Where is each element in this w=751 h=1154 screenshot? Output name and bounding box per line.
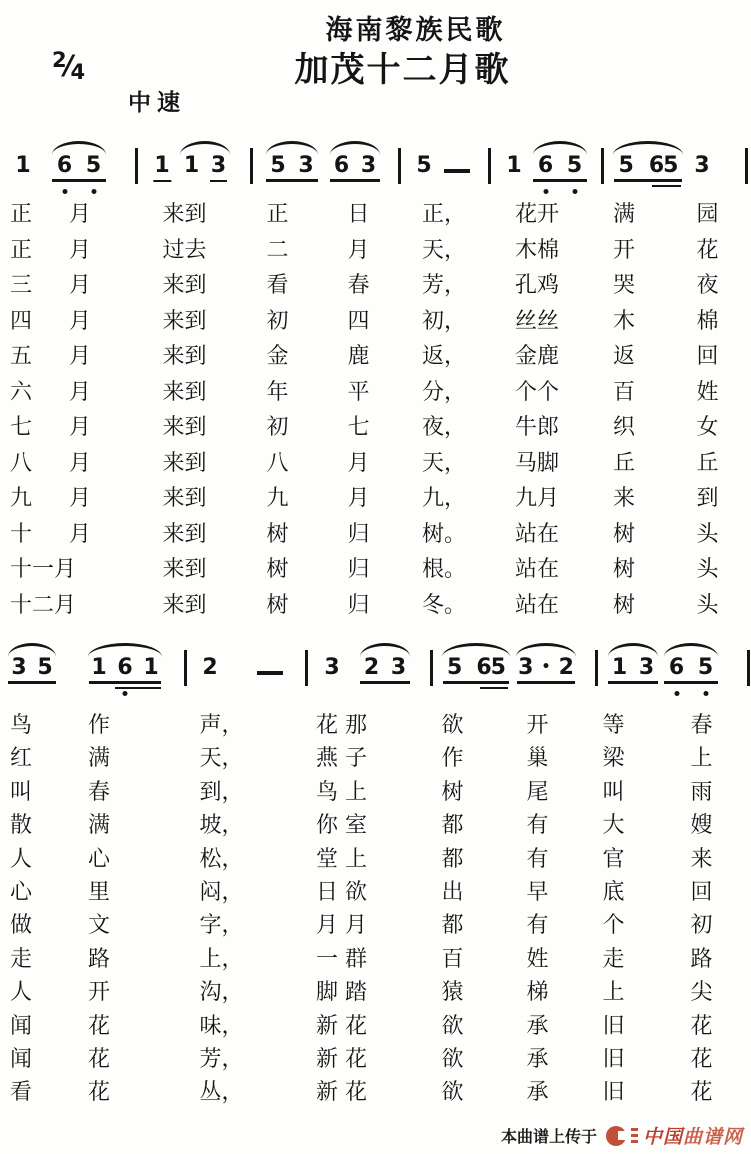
note-group-digits: 161 bbox=[86, 656, 164, 680]
lyric-cell: 姓 bbox=[664, 374, 751, 410]
note-digit: 5 bbox=[567, 154, 582, 178]
lyric-cell: 平 bbox=[319, 374, 398, 410]
barline bbox=[305, 650, 308, 686]
lyric-cell: 孔鸡 bbox=[490, 267, 584, 303]
lyric-cell: 正 bbox=[0, 232, 51, 268]
lyric-cell: 走 bbox=[575, 942, 652, 975]
barline bbox=[135, 148, 138, 184]
lyric-cell: 来到 bbox=[133, 303, 236, 339]
lyric-cell: 六 bbox=[0, 374, 51, 410]
lyric-cell: 初 bbox=[236, 303, 319, 339]
lyric-cell: 走 bbox=[0, 942, 60, 975]
lyric-cell: 哭 bbox=[584, 267, 664, 303]
lyric-cell: 个 bbox=[575, 908, 652, 941]
eighth-beam bbox=[664, 681, 717, 684]
lyric-cell: 月 bbox=[51, 516, 133, 552]
note-group-digits: 65 bbox=[662, 656, 720, 680]
note-group-digits: 65 bbox=[531, 154, 589, 178]
lyric-cell: 花 bbox=[652, 1009, 751, 1042]
lyric-cell: 棉 bbox=[664, 303, 751, 339]
barline bbox=[745, 148, 748, 184]
lyric-cell bbox=[51, 587, 133, 623]
sixteenth-beam bbox=[652, 185, 680, 188]
lyric-cell: 九月 bbox=[490, 480, 584, 516]
lyric-cell: 人 bbox=[0, 975, 60, 1008]
lyric-cell: 闻 bbox=[0, 1009, 60, 1042]
time-signature-numerator: 2 bbox=[52, 48, 67, 72]
lyrics-block-1: 正月来到正日正，花开满园正月过去二月天，木棉开花三月来到看春芳，孔鸡哭夜四月来到… bbox=[0, 196, 751, 622]
lyric-cell: 返 bbox=[584, 338, 664, 374]
tempo-marking: 中速 bbox=[128, 84, 186, 117]
eighth-beam bbox=[608, 681, 658, 684]
lyric-cell: 月 bbox=[51, 338, 133, 374]
lyric-cell: 有 bbox=[500, 842, 575, 875]
lyric-cell: 九， bbox=[398, 480, 490, 516]
lyric-cell: 树 bbox=[236, 551, 319, 587]
slur-arc bbox=[180, 141, 230, 155]
lyric-cell: 路 bbox=[652, 942, 751, 975]
lyric-cell: 花 bbox=[60, 1009, 158, 1042]
note-digit: 2 bbox=[559, 656, 574, 680]
note-digit: 6 bbox=[57, 154, 72, 178]
lyric-cell: 过去 bbox=[133, 232, 236, 268]
lyric-cell: 月 bbox=[51, 374, 133, 410]
lyric-cell: 嫂 bbox=[652, 808, 751, 841]
lyric-cell: 夜， bbox=[398, 409, 490, 445]
lyric-cell: 丛， bbox=[158, 1075, 285, 1108]
note-digit: 3 bbox=[518, 656, 533, 680]
lyric-cell: 丘 bbox=[584, 445, 664, 481]
song-title: 加茂十二月歌 bbox=[295, 42, 511, 91]
lyric-cell: 月 bbox=[319, 445, 398, 481]
lyric-cell: 正， bbox=[398, 196, 490, 232]
lyric-cell: 十二月 bbox=[0, 587, 51, 623]
lyric-cell: 树。 bbox=[398, 516, 490, 552]
lyric-cell: 鸟上 bbox=[285, 775, 405, 808]
lyric-cell: 归 bbox=[319, 587, 398, 623]
eighth-beam bbox=[52, 179, 105, 182]
lyric-cell: 到， bbox=[158, 775, 285, 808]
lyric-cell: 百 bbox=[405, 942, 500, 975]
lyric-cell: 旧 bbox=[575, 1009, 652, 1042]
lyric-cell: 欲 bbox=[405, 1042, 500, 1075]
lyric-cell: 冬。 bbox=[398, 587, 490, 623]
note-group: 53 bbox=[264, 154, 320, 178]
lyric-cell: 日 bbox=[319, 196, 398, 232]
lyric-cell: 燕子 bbox=[285, 741, 405, 774]
lyric-cell: 站在 bbox=[490, 551, 584, 587]
eighth-underline bbox=[210, 180, 226, 183]
lyric-cell: 巢 bbox=[500, 741, 575, 774]
site-name-light: 曲谱网 bbox=[683, 1127, 743, 1148]
lyric-cell: 上， bbox=[158, 942, 285, 975]
lyric-cell: 来到 bbox=[133, 267, 236, 303]
lyric-cell: 猿 bbox=[405, 975, 500, 1008]
eighth-beam bbox=[533, 179, 586, 182]
slur-arc bbox=[608, 643, 658, 657]
note-digit: 3 bbox=[639, 656, 654, 680]
lyric-cell: 春 bbox=[60, 775, 158, 808]
lyric-cell: 来到 bbox=[133, 480, 236, 516]
lyric-cell: 雨 bbox=[652, 775, 751, 808]
lyric-cell: 里 bbox=[60, 875, 158, 908]
lyric-cell: 归 bbox=[319, 551, 398, 587]
lyric-cell: 满 bbox=[60, 741, 158, 774]
lyric-cell: 看 bbox=[0, 1075, 60, 1108]
lyric-cell: 路 bbox=[60, 942, 158, 975]
eighth-beam bbox=[330, 179, 380, 182]
note-group: 13 bbox=[178, 154, 232, 178]
lyric-cell: 归 bbox=[319, 516, 398, 552]
lyric-cell: 梯 bbox=[500, 975, 575, 1008]
note-digit: 5 bbox=[270, 154, 285, 178]
low-octave-dot bbox=[91, 189, 96, 194]
note-digit: 1 bbox=[612, 656, 627, 680]
lyric-cell: 返， bbox=[398, 338, 490, 374]
lyric-cell: 有 bbox=[500, 808, 575, 841]
note-group: 23 bbox=[358, 656, 412, 680]
lyric-cell: 承 bbox=[500, 1009, 575, 1042]
note-digit: 2 bbox=[364, 656, 379, 680]
lyric-cell: 木 bbox=[584, 303, 664, 339]
lyric-cell: 月月 bbox=[285, 908, 405, 941]
lyric-cell: 五 bbox=[0, 338, 51, 374]
note-group-digits: 65 bbox=[50, 154, 108, 178]
lyric-cell: 九 bbox=[0, 480, 51, 516]
lyric-cell: 大 bbox=[575, 808, 652, 841]
note-digit: 3 bbox=[211, 154, 226, 178]
lyric-cell: 花开 bbox=[490, 196, 584, 232]
time-signature-denominator: 4 bbox=[71, 60, 86, 84]
lyric-cell: 八 bbox=[0, 445, 51, 481]
note-digit: • bbox=[542, 656, 551, 679]
note-digit: 3 bbox=[11, 656, 26, 680]
lyric-cell: 树 bbox=[584, 551, 664, 587]
lyric-cell: 开 bbox=[584, 232, 664, 268]
lyric-cell: 看 bbox=[236, 267, 319, 303]
lyric-cell: 七 bbox=[319, 409, 398, 445]
low-octave-dot bbox=[674, 691, 679, 696]
lyric-cell: 牛郎 bbox=[490, 409, 584, 445]
eighth-beam bbox=[517, 681, 576, 684]
lyric-cell: 尾 bbox=[500, 775, 575, 808]
lyrics-block-2: 鸟作声，花那欲开等春红满天，燕子作巢梁上叫春到，鸟上树尾叫雨散满坡，你室都有大嫂… bbox=[0, 708, 751, 1109]
lyric-cell: 头 bbox=[664, 587, 751, 623]
lyric-cell: 松， bbox=[158, 842, 285, 875]
footer-upload-text: 本曲谱上传于 bbox=[501, 1124, 597, 1147]
lyric-cell: 姓 bbox=[500, 942, 575, 975]
lyric-cell: 马脚 bbox=[490, 445, 584, 481]
barline bbox=[398, 148, 401, 184]
note-digit: 3 bbox=[324, 656, 339, 680]
note-digit: 5 bbox=[619, 154, 634, 178]
slur-arc bbox=[516, 643, 576, 657]
lyric-cell: 上 bbox=[652, 741, 751, 774]
lyric-cell: 早 bbox=[500, 875, 575, 908]
lyric-cell: 声， bbox=[158, 708, 285, 741]
note-group-digits: 13 bbox=[606, 656, 660, 680]
lyric-cell: 叫 bbox=[575, 775, 652, 808]
half-note-dash bbox=[257, 671, 283, 675]
note-digit: 3 bbox=[298, 154, 313, 178]
slur-arc bbox=[613, 141, 683, 155]
eighth-beam bbox=[266, 179, 318, 182]
lyric-cell: 沟， bbox=[158, 975, 285, 1008]
note-group-digits: 35 bbox=[6, 656, 58, 680]
lyric-cell: 年 bbox=[236, 374, 319, 410]
lyric-cell: 鹿 bbox=[319, 338, 398, 374]
note-group: 65 bbox=[662, 656, 720, 680]
lyric-cell: 二 bbox=[236, 232, 319, 268]
lyric-cell: 做 bbox=[0, 908, 60, 941]
notation-line-1: 165113536351655653 bbox=[0, 138, 751, 202]
lyric-cell: 月 bbox=[319, 480, 398, 516]
lyric-cell: 梁 bbox=[575, 741, 652, 774]
lyric-cell: 花 bbox=[664, 232, 751, 268]
lyric-cell: 旧 bbox=[575, 1042, 652, 1075]
lyric-cell: 来到 bbox=[133, 338, 236, 374]
lyric-cell: 官 bbox=[575, 842, 652, 875]
lyric-cell: 心 bbox=[60, 842, 158, 875]
note-group-digits: 13 bbox=[178, 154, 232, 178]
lyric-cell: 树 bbox=[584, 516, 664, 552]
lyric-cell: 正 bbox=[0, 196, 51, 232]
lyric-cell: 初， bbox=[398, 303, 490, 339]
note-group-digits: 63 bbox=[328, 154, 382, 178]
lyric-cell: 女 bbox=[664, 409, 751, 445]
lyric-cell: 金鹿 bbox=[490, 338, 584, 374]
note-digit: 65 bbox=[649, 154, 678, 178]
note-digit: 6 bbox=[334, 154, 349, 178]
lyric-cell: 满 bbox=[60, 808, 158, 841]
lyric-cell: 七 bbox=[0, 409, 51, 445]
lyric-cell: 来到 bbox=[133, 409, 236, 445]
site-logo-lines-icon bbox=[631, 1128, 638, 1143]
note-digit: 5 bbox=[37, 656, 52, 680]
lyric-cell bbox=[51, 551, 133, 587]
lyric-cell: 堂上 bbox=[285, 842, 405, 875]
lyric-cell: 树 bbox=[236, 587, 319, 623]
lyric-cell: 脚踏 bbox=[285, 975, 405, 1008]
lyric-cell: 花 bbox=[60, 1075, 158, 1108]
lyric-cell: 月 bbox=[51, 303, 133, 339]
note-group-digits: 23 bbox=[358, 656, 412, 680]
lyric-cell: 树 bbox=[405, 775, 500, 808]
lyric-cell: 散 bbox=[0, 808, 60, 841]
lyric-cell: 作 bbox=[405, 741, 500, 774]
lyric-cell: 开 bbox=[500, 708, 575, 741]
sixteenth-beam bbox=[115, 687, 161, 690]
note-digit: 5 bbox=[698, 656, 713, 680]
lyric-cell: 来到 bbox=[133, 445, 236, 481]
lyric-cell: 织 bbox=[584, 409, 664, 445]
lyric-cell: 新花 bbox=[285, 1042, 405, 1075]
note-digit: 3 bbox=[391, 656, 406, 680]
eighth-underline bbox=[153, 180, 171, 183]
lyric-cell: 天， bbox=[158, 741, 285, 774]
eighth-beam bbox=[8, 681, 56, 684]
time-signature: 2/4 bbox=[52, 50, 85, 81]
note-group: 565 bbox=[611, 154, 685, 178]
lyric-cell: 叫 bbox=[0, 775, 60, 808]
barline bbox=[250, 148, 253, 184]
lyric-cell: 天， bbox=[398, 445, 490, 481]
lyric-cell: 花 bbox=[652, 1042, 751, 1075]
lyric-cell: 都 bbox=[405, 842, 500, 875]
lyric-cell: 字， bbox=[158, 908, 285, 941]
lyric-cell: 到 bbox=[664, 480, 751, 516]
site-logo-icon bbox=[606, 1126, 626, 1146]
lyric-cell: 春 bbox=[652, 708, 751, 741]
lyric-cell: 文 bbox=[60, 908, 158, 941]
lyric-cell: 夜 bbox=[664, 267, 751, 303]
note-digit: 5 bbox=[86, 154, 101, 178]
lyric-cell: 闷， bbox=[158, 875, 285, 908]
lyric-cell: 月 bbox=[51, 409, 133, 445]
lyric-cell: 月 bbox=[51, 196, 133, 232]
lyric-cell: 来到 bbox=[133, 374, 236, 410]
lyric-cell: 欲 bbox=[405, 708, 500, 741]
lyric-cell: 花 bbox=[60, 1042, 158, 1075]
note-digit: 1 bbox=[143, 656, 158, 680]
lyric-cell: 芳， bbox=[398, 267, 490, 303]
barline bbox=[595, 650, 598, 686]
lyric-cell: 来 bbox=[652, 842, 751, 875]
lyric-cell: 承 bbox=[500, 1042, 575, 1075]
low-octave-dot bbox=[123, 691, 128, 696]
lyric-cell: 站在 bbox=[490, 587, 584, 623]
note-digit: 6 bbox=[538, 154, 553, 178]
lyric-cell: 丝丝 bbox=[490, 303, 584, 339]
lyric-cell: 春 bbox=[319, 267, 398, 303]
lyric-cell: 新花 bbox=[285, 1075, 405, 1108]
note-digit: 2 bbox=[202, 656, 217, 680]
lyric-cell: 日欲 bbox=[285, 875, 405, 908]
lyric-cell: 等 bbox=[575, 708, 652, 741]
note-digit: 6 bbox=[669, 656, 684, 680]
lyric-cell: 鸟 bbox=[0, 708, 60, 741]
lyric-cell: 旧 bbox=[575, 1075, 652, 1108]
lyric-cell: 头 bbox=[664, 551, 751, 587]
lyric-cell: 月 bbox=[51, 480, 133, 516]
note-digit: 65 bbox=[476, 656, 505, 680]
note-group: 65 bbox=[50, 154, 108, 178]
lyric-cell: 八 bbox=[236, 445, 319, 481]
lyric-cell: 有 bbox=[500, 908, 575, 941]
lyric-cell: 来到 bbox=[133, 587, 236, 623]
note-digit: 1 bbox=[184, 154, 199, 178]
lyric-cell: 都 bbox=[405, 908, 500, 941]
lyric-cell: 花那 bbox=[285, 708, 405, 741]
sheet-music-page: 海南黎族民歌 加茂十二月歌 2/4 中速 165113536351655653 … bbox=[0, 0, 751, 1154]
lyric-cell: 承 bbox=[500, 1075, 575, 1108]
lyric-cell: 十 bbox=[0, 516, 51, 552]
lyric-cell: 花 bbox=[652, 1075, 751, 1108]
note-group: 65 bbox=[531, 154, 589, 178]
barline bbox=[184, 650, 187, 686]
sixteenth-beam bbox=[480, 687, 507, 690]
note-group: 63 bbox=[328, 154, 382, 178]
lyric-cell: 根。 bbox=[398, 551, 490, 587]
lyric-cell: 欲 bbox=[405, 1075, 500, 1108]
lyric-cell: 开 bbox=[60, 975, 158, 1008]
lyric-cell: 木棉 bbox=[490, 232, 584, 268]
eighth-beam bbox=[89, 681, 161, 684]
slur-arc bbox=[266, 141, 318, 155]
note-digit: 3 bbox=[694, 154, 709, 178]
lyric-cell: 分， bbox=[398, 374, 490, 410]
note-digit: 1 bbox=[15, 154, 30, 178]
lyric-cell: 来到 bbox=[133, 516, 236, 552]
lyric-cell: 回 bbox=[652, 875, 751, 908]
note-group-digits: 565 bbox=[440, 656, 512, 680]
lyric-cell: 三 bbox=[0, 267, 51, 303]
eighth-beam bbox=[614, 179, 682, 182]
note-group-digits: 3•2 bbox=[514, 656, 578, 680]
low-octave-dot bbox=[572, 189, 577, 194]
lyric-cell: 闻 bbox=[0, 1042, 60, 1075]
lyric-cell: 正 bbox=[236, 196, 319, 232]
lyric-cell: 树 bbox=[236, 516, 319, 552]
note-digit: 1 bbox=[154, 154, 169, 178]
slur-arc bbox=[52, 141, 106, 155]
note-digit: 5 bbox=[447, 656, 462, 680]
lyric-cell: 金 bbox=[236, 338, 319, 374]
lyric-cell: 九 bbox=[236, 480, 319, 516]
slur-arc bbox=[8, 643, 56, 657]
slur-arc bbox=[533, 141, 587, 155]
lyric-cell: 来到 bbox=[133, 551, 236, 587]
lyric-cell: 来到 bbox=[133, 196, 236, 232]
lyric-cell: 月 bbox=[319, 232, 398, 268]
site-name: 中国曲谱网 bbox=[643, 1122, 743, 1149]
lyric-cell: 都 bbox=[405, 808, 500, 841]
note-digit: 1 bbox=[506, 154, 521, 178]
barline bbox=[488, 148, 491, 184]
note-group: 3•2 bbox=[514, 656, 578, 680]
lyric-cell: 来 bbox=[584, 480, 664, 516]
barline bbox=[601, 148, 604, 184]
eighth-beam bbox=[443, 681, 509, 684]
site-name-bold: 中国 bbox=[643, 1127, 683, 1148]
note-digit: 1 bbox=[91, 656, 106, 680]
lyric-cell: 味， bbox=[158, 1009, 285, 1042]
lyric-cell: 作 bbox=[60, 708, 158, 741]
lyric-cell: 心 bbox=[0, 875, 60, 908]
lyric-cell: 四 bbox=[319, 303, 398, 339]
lyric-cell: 新花 bbox=[285, 1009, 405, 1042]
note-group-digits: 53 bbox=[264, 154, 320, 178]
slur-arc bbox=[360, 643, 410, 657]
lyric-cell: 出 bbox=[405, 875, 500, 908]
note-group: 13 bbox=[606, 656, 660, 680]
lyric-cell: 树 bbox=[584, 587, 664, 623]
slur-arc bbox=[330, 141, 380, 155]
slur-arc bbox=[664, 643, 718, 657]
note-group: 565 bbox=[440, 656, 512, 680]
lyric-cell: 站在 bbox=[490, 516, 584, 552]
lyric-cell: 初 bbox=[652, 908, 751, 941]
half-note-dash bbox=[444, 169, 470, 173]
lyric-cell: 回 bbox=[664, 338, 751, 374]
lyric-cell: 月 bbox=[51, 267, 133, 303]
note-group: 35 bbox=[6, 656, 58, 680]
lyric-cell: 芳， bbox=[158, 1042, 285, 1075]
slur-arc bbox=[88, 643, 162, 657]
lyric-cell: 月 bbox=[51, 445, 133, 481]
note-digit: 5 bbox=[416, 154, 431, 178]
lyric-cell: 初 bbox=[236, 409, 319, 445]
